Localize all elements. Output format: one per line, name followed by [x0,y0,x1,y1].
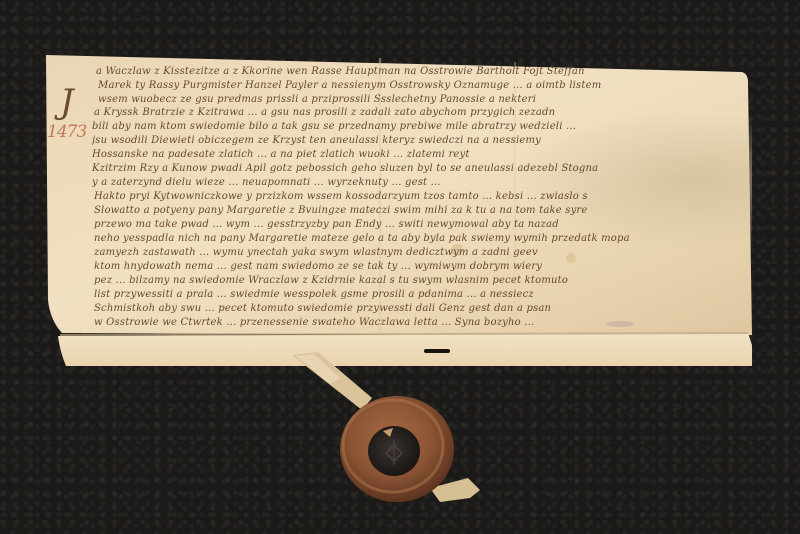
photograph: J 1473 a Waczlaw z Kisstezitze a z Kkori… [0,0,800,534]
wax-seal [338,393,456,505]
